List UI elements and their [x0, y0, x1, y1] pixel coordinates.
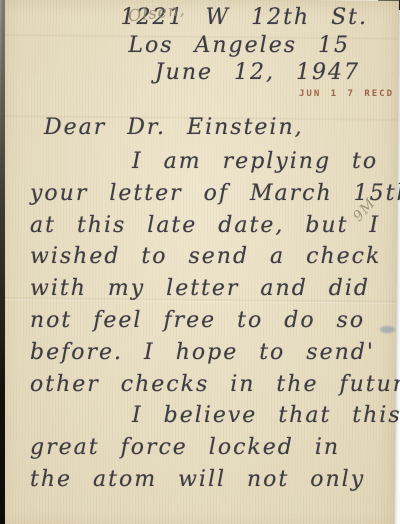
ink-smudge [380, 326, 395, 333]
date-line: June 12, 1947 [155, 60, 360, 85]
address-line-city: Los Angeles 15 [128, 33, 350, 58]
scan-edge [0, 0, 5, 524]
body-line: your letter of March 15th [30, 178, 396, 210]
scanned-letter: Olsen, 9M 1221 W 12th St. Los Angeles 15… [0, 0, 400, 524]
salutation: Dear Dr. Einstein, [44, 115, 304, 140]
body-line: wished to send a check [30, 241, 396, 273]
body-line: not feel free to do so [30, 305, 396, 337]
body-line: I believe that this [30, 400, 396, 432]
body-line: with my letter and did [30, 273, 396, 305]
body-line: before. I hope to send' [30, 337, 396, 369]
received-stamp: JUN 1 7 RECD [299, 89, 394, 99]
letter-body: I am replying to your letter of March 15… [30, 146, 396, 496]
body-line: other checks in the future. [30, 369, 396, 401]
body-line: at this late date, but I [30, 210, 396, 242]
body-line: great force locked in [30, 432, 396, 464]
body-line: the atom will not only [30, 464, 396, 496]
letter-content: Olsen, 9M 1221 W 12th St. Los Angeles 15… [0, 0, 400, 524]
body-line: I am replying to [30, 146, 396, 178]
